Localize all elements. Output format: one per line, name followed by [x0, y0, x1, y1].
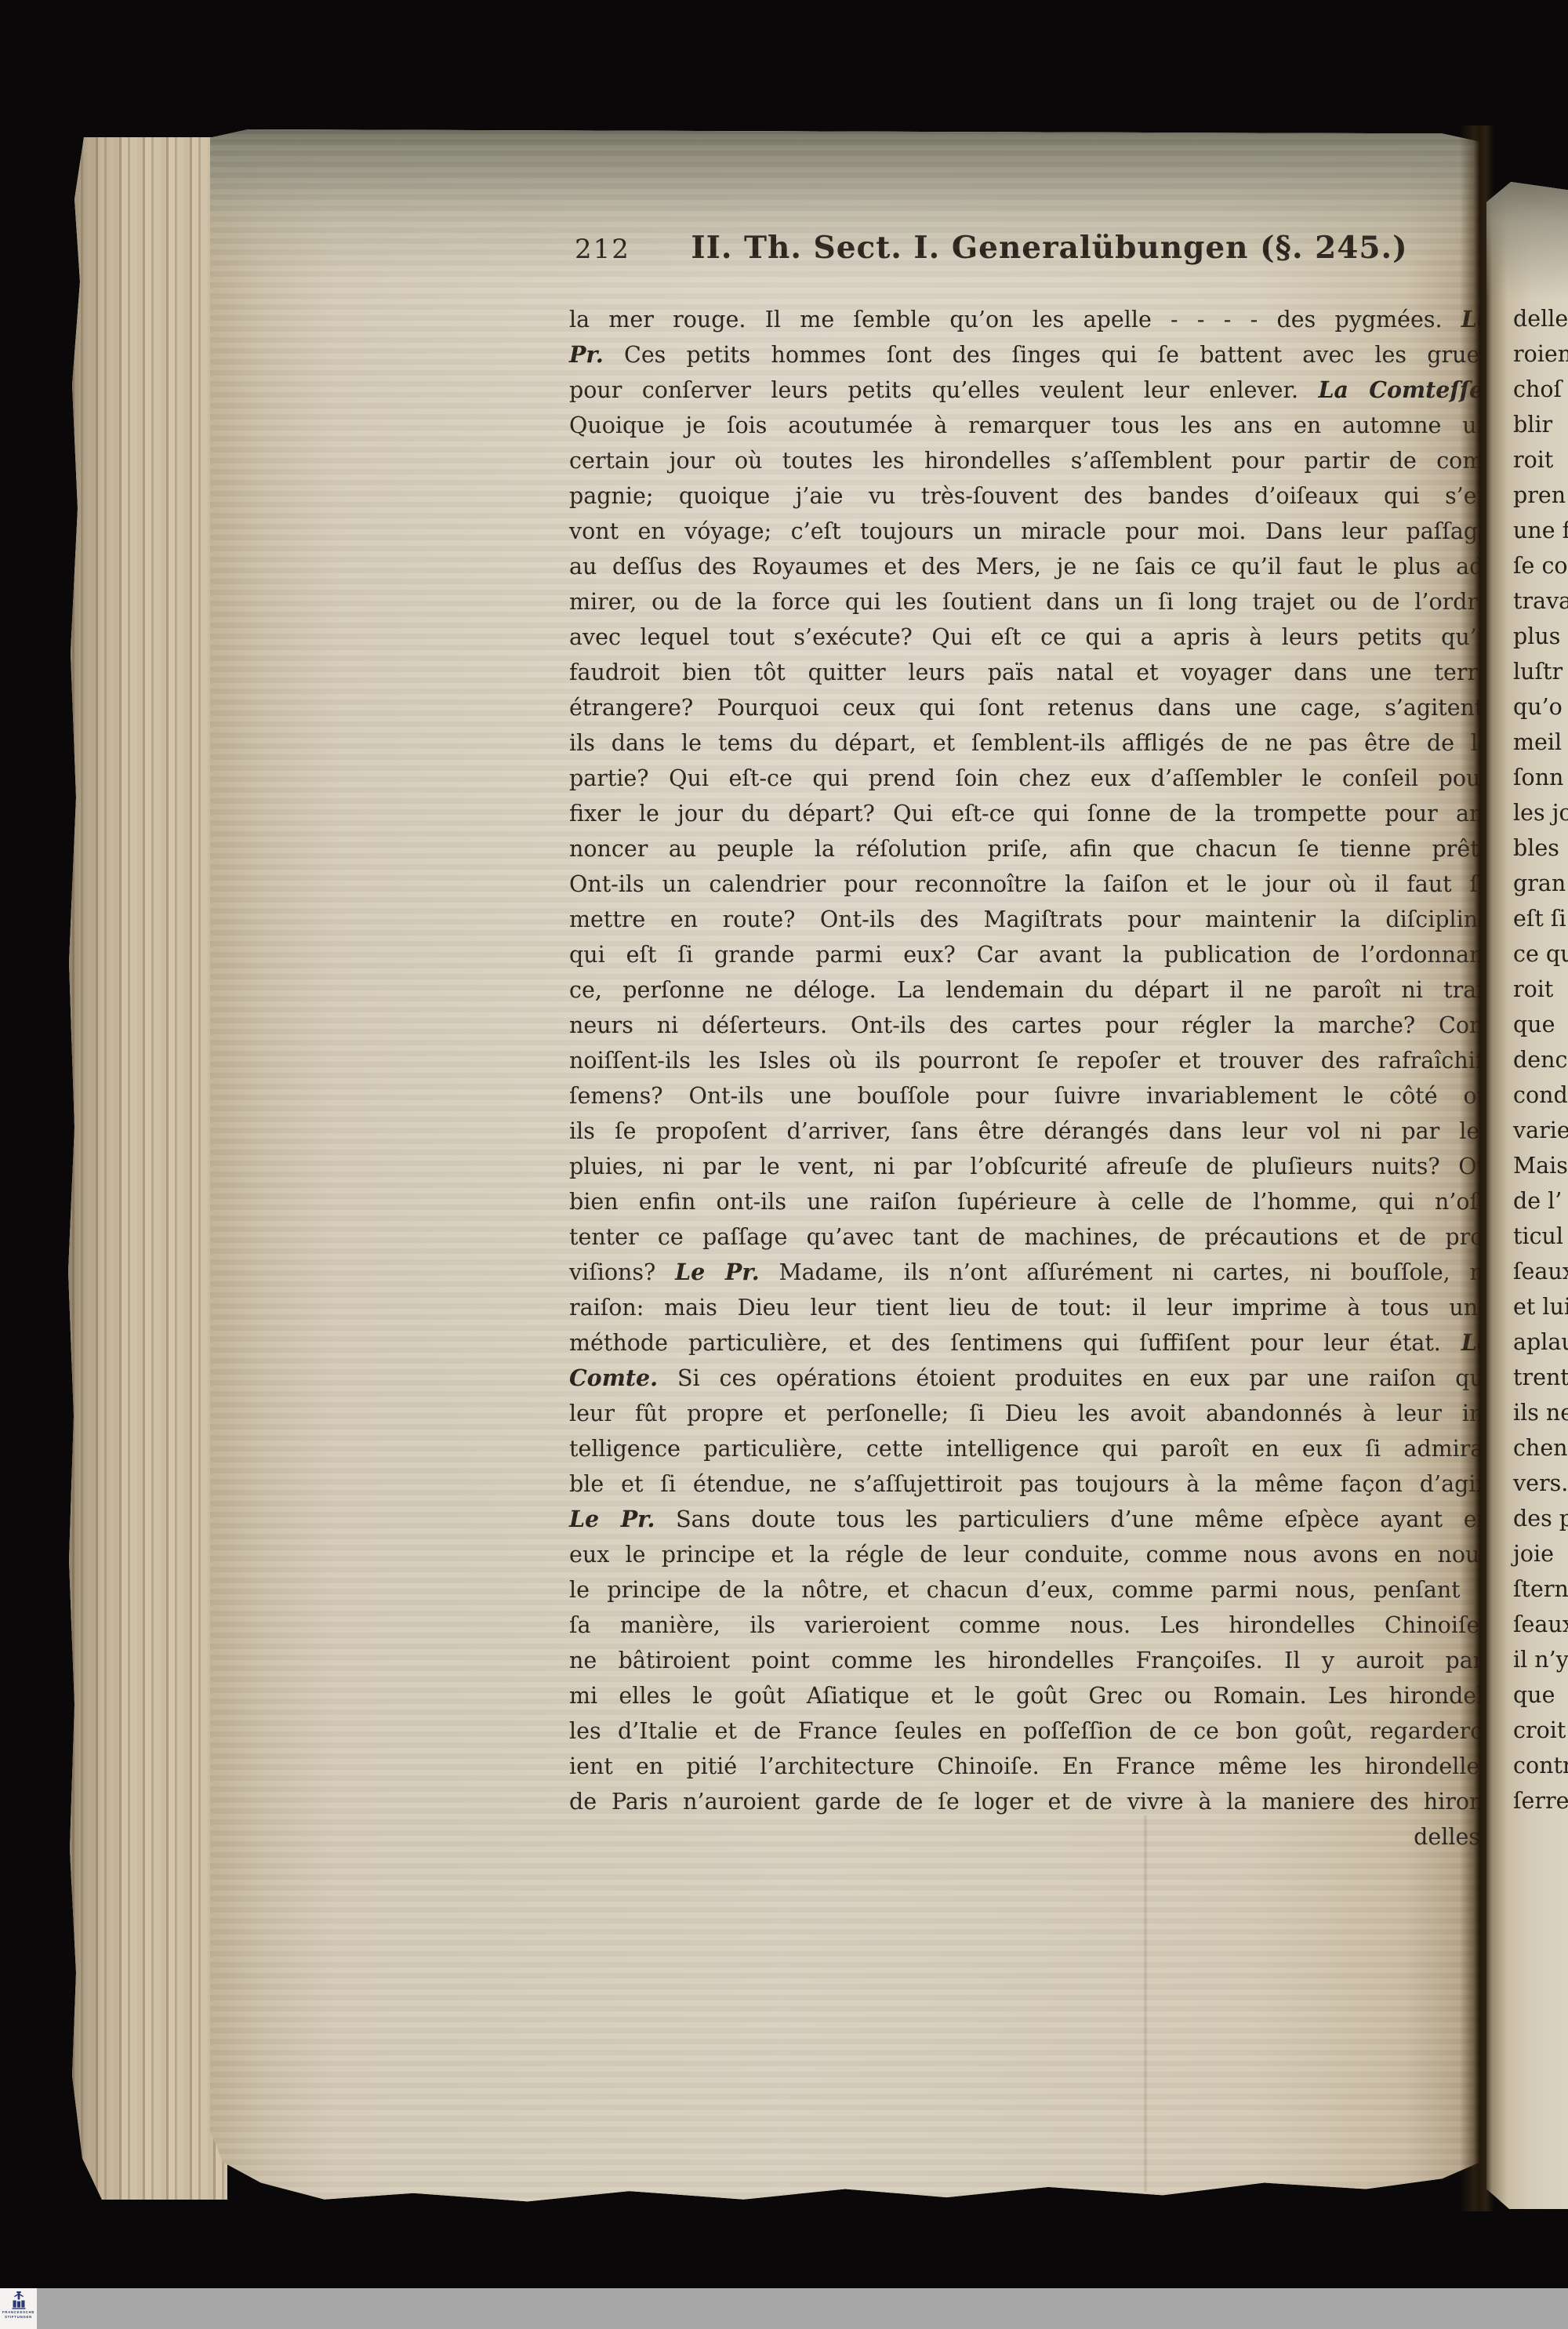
facing-page-line: bles [1513, 830, 1568, 866]
facing-page-line: ils ne [1513, 1395, 1568, 1430]
facing-page-line: trava [1513, 583, 1568, 619]
facing-page-line: delle [1513, 301, 1568, 336]
body-line: avec lequel tout s’exécute? Qui eſt ce q… [569, 619, 1491, 655]
logo-text: FRANCKESCHE STIFTUNGEN [2, 2310, 34, 2319]
body-line: qui eſt ſi grande parmi eux? Car avant l… [569, 937, 1491, 972]
franckesche-stiftungen-logo: FRANCKESCHE STIFTUNGEN [0, 2288, 37, 2329]
body-line: mi elles le goût Aſiatique et le goût Gr… [569, 1678, 1491, 1713]
body-line: Quoique je ſois acoutumée à remarquer to… [569, 408, 1491, 443]
facing-page-line: ſerres [1513, 1783, 1568, 1819]
facing-page-line: ticul [1513, 1219, 1568, 1254]
facing-page-line: trent [1513, 1360, 1568, 1395]
facing-page-line: gran [1513, 866, 1568, 901]
facing-page-line: varie [1513, 1113, 1568, 1148]
body-line: bien enfin ont-ils une raiſon ſupérieure… [569, 1184, 1491, 1219]
body-line: étrangere? Pourquoi ceux qui ſont retenu… [569, 690, 1491, 725]
paper-wrinkle [1143, 1815, 1148, 2192]
facing-page-line: que [1513, 1007, 1568, 1042]
body-line: neurs ni déſerteurs. Ont-ils des cartes … [569, 1008, 1491, 1043]
running-header-row: 212 II. Th. Sect. I. Generalübungen (§. … [567, 230, 1492, 266]
facing-page-line: ſe co [1513, 548, 1568, 583]
body-line: pagnie; quoique j’aie vu très-ſouvent de… [569, 478, 1491, 514]
facing-page-line: eſt ſi [1513, 901, 1568, 936]
body-line: fixer le jour du départ? Qui eſt-ce qui … [569, 796, 1491, 831]
facing-page-line: les jo [1513, 795, 1568, 830]
body-line: ſemens? Ont-ils une bouſſole pour ſuivre… [569, 1078, 1491, 1114]
body-line: la mer rouge. Il me ſemble qu’on les ape… [569, 302, 1491, 337]
body-line: leur fût propre et perſonelle; ſi Dieu l… [569, 1396, 1491, 1431]
body-line: mirer, ou de la force qui les ſoutient d… [569, 584, 1491, 619]
facing-page-line: ce qu [1513, 936, 1568, 972]
facing-page-line: choſ [1513, 372, 1568, 407]
facing-page-line: une f [1513, 513, 1568, 548]
facing-page-fragments: delleroienchoſblirroitprenune fſe cotrav… [1486, 182, 1568, 1819]
body-line: ils ſe propoſent d’arriver, ſans être dé… [569, 1114, 1491, 1149]
facing-page-line: ſeaux [1513, 1254, 1568, 1289]
facing-page-line: contr [1513, 1748, 1568, 1783]
body-line: de Paris n’auroient garde de ſe loger et… [569, 1784, 1491, 1819]
body-line: le principe de la nôtre, et chacun d’eux… [569, 1572, 1491, 1608]
facing-page-line: chen [1513, 1430, 1568, 1466]
facing-page-line: ſeaux [1513, 1607, 1568, 1642]
catchword: delles [569, 1819, 1491, 1855]
body-line: raiſon: mais Dieu leur tient lieu de tou… [569, 1290, 1491, 1325]
body-line: les d’Italie et de France ſeules en poſſ… [569, 1713, 1491, 1749]
page-edge-stack [67, 137, 227, 2200]
body-line: Comte. Si ces opérations étoient produit… [569, 1361, 1491, 1396]
facing-page-line: cond [1513, 1077, 1568, 1113]
logo-icon [11, 2291, 27, 2309]
body-line: partie? Qui eſt-ce qui prend ſoin chez e… [569, 761, 1491, 796]
book-page: 212 II. Th. Sect. I. Generalübungen (§. … [210, 129, 1480, 2204]
body-line: Le Pr. Sans doute tous les particuliers … [569, 1502, 1491, 1537]
body-line: ſa manière, ils varieroient comme nous. … [569, 1608, 1491, 1643]
body-line: certain jour où toutes les hirondelles s… [569, 443, 1491, 478]
facing-page-line: que [1513, 1677, 1568, 1713]
scanner-strip [0, 2288, 1568, 2329]
facing-page-line: denc [1513, 1042, 1568, 1077]
facing-page-sliver: delleroienchoſblirroitprenune fſe cotrav… [1486, 182, 1568, 2209]
body-line: ble et ſi étendue, ne s’aſſujettiroit pa… [569, 1466, 1491, 1502]
body-line: méthode particulière, et des ſentimens q… [569, 1325, 1491, 1361]
body-line: Pr. Ces petits hommes ſont des ſinges qu… [569, 337, 1491, 372]
facing-page-line: roien [1513, 336, 1568, 372]
facing-page-line: roit [1513, 972, 1568, 1007]
page-number: 212 [567, 234, 630, 265]
body-line: Ont-ils un calendrier pour reconnoître l… [569, 867, 1491, 902]
body-line: viſions? Le Pr. Madame, ils n’ont aſſuré… [569, 1255, 1491, 1290]
body-line: vont en vóyage; c’eſt toujours un miracl… [569, 514, 1491, 549]
body-line: ce, perſonne ne déloge. La lendemain du … [569, 972, 1491, 1008]
facing-page-line: aplau [1513, 1324, 1568, 1360]
body-line: noiſſent-ils les Isles où ils pourront ſ… [569, 1043, 1491, 1078]
facing-page-line: vers. [1513, 1466, 1568, 1501]
facing-page-line: pren [1513, 478, 1568, 513]
scanned-book-photo: 212 II. Th. Sect. I. Generalübungen (§. … [0, 0, 1568, 2329]
body-line: ient en pitié l’architecture Chinoiſe. E… [569, 1749, 1491, 1784]
facing-page-line: luſtr [1513, 654, 1568, 689]
running-header: II. Th. Sect. I. Generalübungen (§. 245.… [630, 230, 1492, 266]
facing-page-line: de l’ [1513, 1183, 1568, 1219]
body-line: telligence particulière, cette intellige… [569, 1431, 1491, 1466]
body-line: noncer au peuple la réſolution priſe, af… [569, 831, 1491, 867]
facing-page-line: joie [1513, 1536, 1568, 1571]
facing-page-line: plus [1513, 619, 1568, 654]
body-line: eux le principe et la régle de leur cond… [569, 1537, 1491, 1572]
facing-page-line: Mais [1513, 1148, 1568, 1183]
facing-page-line: qu’o [1513, 689, 1568, 725]
body-line: pluies, ni par le vent, ni par l’obſcuri… [569, 1149, 1491, 1184]
body-line: ils dans le tems du départ, et ſemblent-… [569, 725, 1491, 761]
facing-page-line: roit [1513, 442, 1568, 478]
facing-page-line: il n’y [1513, 1642, 1568, 1677]
body-line: faudroit bien tôt quitter leurs païs nat… [569, 655, 1491, 690]
facing-page-line: croit [1513, 1713, 1568, 1748]
facing-page-line: des p [1513, 1501, 1568, 1536]
facing-page-line: blir [1513, 407, 1568, 442]
body-line: mettre en route? Ont-ils des Magiſtrats … [569, 902, 1491, 937]
body-text: la mer rouge. Il me ſemble qu’on les ape… [569, 302, 1491, 1855]
body-line: pour conſerver leurs petits qu’elles veu… [569, 372, 1491, 408]
facing-page-line: et lui [1513, 1289, 1568, 1324]
body-line: ne bâtiroient point comme les hirondelle… [569, 1643, 1491, 1678]
facing-page-line: ſtern [1513, 1571, 1568, 1607]
facing-page-line: ſonn [1513, 760, 1568, 795]
facing-page-line: meil [1513, 725, 1568, 760]
body-line: tenter ce paſſage qu’avec tant de machin… [569, 1219, 1491, 1255]
body-line: au deſſus des Royaumes et des Mers, je n… [569, 549, 1491, 584]
